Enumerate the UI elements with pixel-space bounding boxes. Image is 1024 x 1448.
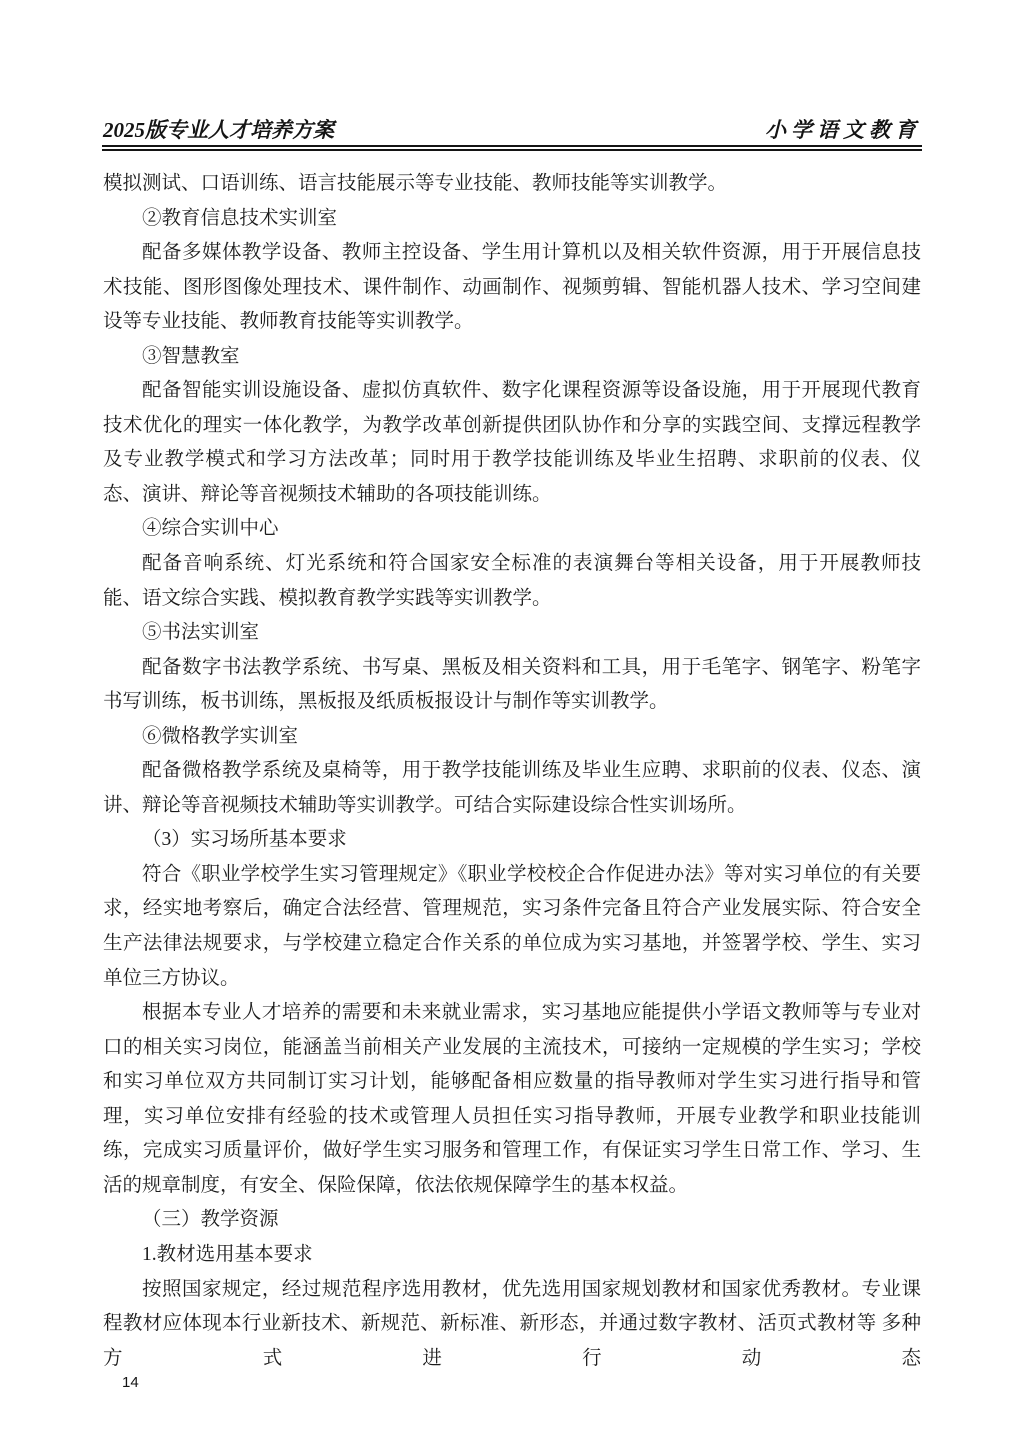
body-paragraph: 符合《职业学校学生实习管理规定》《职业学校校企合作促进办法》等对实习单位的有关要… [103,858,921,996]
document-page: 2025版专业人才培养方案 小学语文教育 模拟测试、口语训练、语言技能展示等专业… [0,0,1024,1448]
list-heading-smart-classroom: ③智慧教室 [103,340,921,375]
section-heading-teaching-resources: （三）教学资源 [103,1203,921,1238]
numbered-heading-textbook-selection: 1.教材选用基本要求 [103,1238,921,1273]
body-paragraph: 配备微格教学系统及桌椅等，用于教学技能训练及毕业生应聘、求职前的仪表、仪态、演讲… [103,754,921,823]
header-rule [102,145,922,151]
list-heading-comprehensive-training-center: ④综合实训中心 [103,512,921,547]
body-paragraph: 配备多媒体教学设备、教师主控设备、学生用计算机以及相关软件资源，用于开展信息技术… [103,236,921,340]
page-header: 2025版专业人才培养方案 小学语文教育 [103,117,921,144]
body-paragraph: 配备智能实训设施设备、虚拟仿真软件、数字化课程资源等设备设施，用于开展现代教育技… [103,374,921,512]
body-paragraph: 配备数字书法教学系统、书写桌、黑板及相关资料和工具，用于毛笔字、钢笔字、粉笔字书… [103,651,921,720]
list-heading-micro-teaching-room: ⑥微格教学实训室 [103,720,921,755]
body-paragraph: 配备音响系统、灯光系统和符合国家安全标准的表演舞台等相关设备，用于开展教师技能、… [103,547,921,616]
header-left-title: 2025版专业人才培养方案 [103,114,334,144]
list-heading-calligraphy-room: ⑤书法实训室 [103,616,921,651]
document-body: 模拟测试、口语训练、语言技能展示等专业技能、教师技能等实训教学。 ②教育信息技术… [103,167,921,1376]
paragraph-continuation: 模拟测试、口语训练、语言技能展示等专业技能、教师技能等实训教学。 [103,167,921,202]
body-paragraph-continues: 按照国家规定，经过规范程序选用教材，优先选用国家规划教材和国家优秀教材。专业课程… [103,1273,921,1377]
page-number: 14 [122,1374,139,1391]
body-paragraph: 根据本专业人才培养的需要和未来就业需求，实习基地应能提供小学语文教师等与专业对口… [103,996,921,1203]
list-heading-edu-info-tech-room: ②教育信息技术实训室 [103,202,921,237]
sub-heading-internship-site-requirements: （3）实习场所基本要求 [103,823,921,858]
header-right-title: 小学语文教育 [765,114,921,144]
